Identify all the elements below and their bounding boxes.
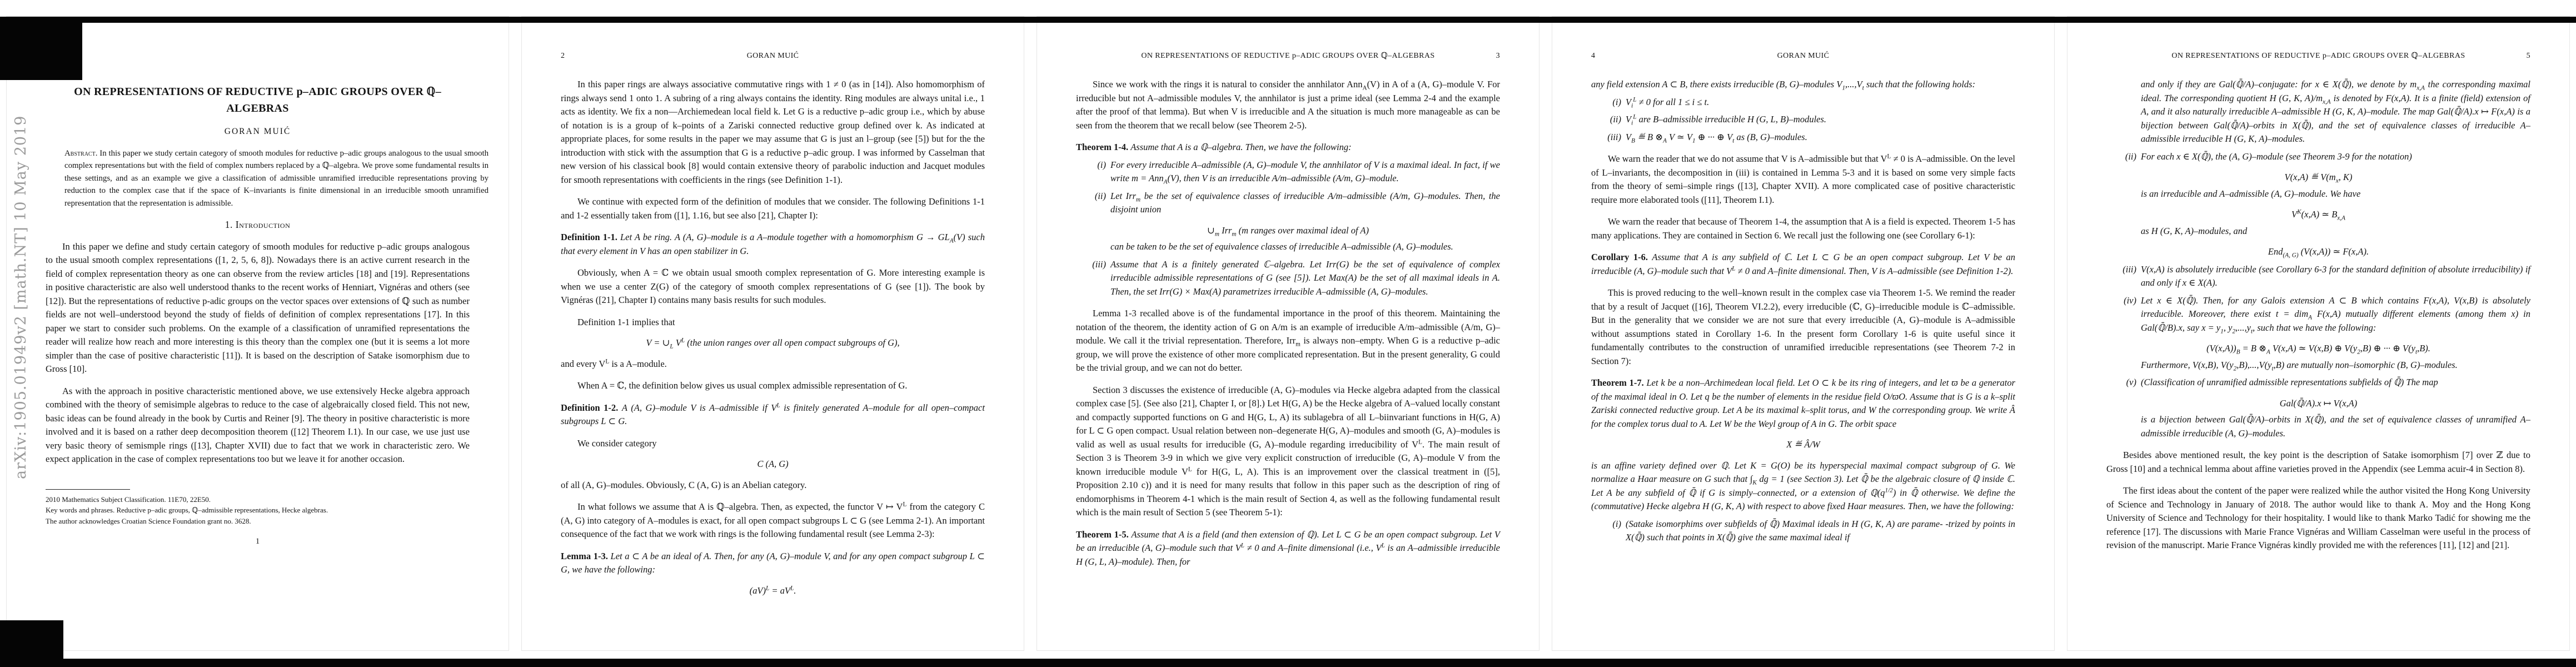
item-label: (ii) bbox=[1082, 190, 1106, 203]
author-name: GORAN MUIĆ bbox=[46, 125, 470, 139]
paragraph: is an affine variety defined over ℚ. Let… bbox=[1591, 459, 2015, 514]
block-label: Corollary 1-6. bbox=[1591, 252, 1652, 262]
item-text: (Satake isomorphims over subfields of ℚ̄… bbox=[1626, 519, 2015, 543]
block-text: Let a ⊂ A be an ideal of A. Then, for an… bbox=[561, 551, 985, 575]
page-body: any field extension A ⊂ B, there exists … bbox=[1591, 78, 2015, 636]
footnote-line: Key words and phrases. Reductive p–adic … bbox=[46, 505, 470, 516]
paragraph: We consider category bbox=[561, 437, 985, 451]
block-text: Assume that A is a ℚ–algebra. Then, we h… bbox=[1130, 142, 1351, 152]
paragraph: Definition 1-1 implies that bbox=[561, 316, 985, 330]
list-item: (iii)VB ≝ B ⊗A V ≃ V1 ⊕ ··· ⊕ Vt as (B, … bbox=[1591, 131, 2015, 145]
block-text: A (A, G)–module V is A–admissible if VL … bbox=[561, 402, 985, 427]
list-item: (ii)Let Irrm be the set of equivalence c… bbox=[1076, 190, 1500, 217]
list-item: (iii)V(x,A) is absolutely irreducible (s… bbox=[2106, 263, 2530, 290]
section-heading: 1. Introduction bbox=[46, 218, 470, 232]
list-item-continuation: is an irreducible and A–admissible (A, G… bbox=[2106, 187, 2530, 201]
pages-row: ON REPRESENTATIONS OF REDUCTIVE p–ADIC G… bbox=[7, 17, 2569, 650]
abstract: Abstract. In this paper we study certain… bbox=[64, 147, 489, 210]
paragraph: We continue with expected form of the de… bbox=[561, 195, 985, 222]
item-text: ViL are B–admissible irreducible H (G, L… bbox=[1626, 114, 1826, 125]
paragraph: We warn the reader that we do not assume… bbox=[1591, 152, 2015, 207]
paragraph: This is proved reducing to the well–know… bbox=[1591, 286, 2015, 368]
page-body: and only if they are Gal(ℚ̄/A)–conjugate… bbox=[2106, 78, 2530, 636]
item-text: Let x ∈ X(ℚ̄). Then, for any Galois exte… bbox=[2141, 295, 2530, 333]
item-label: (ii) bbox=[1597, 113, 1621, 127]
display-math: Gal(ℚ̄/A).x ↦ V(x,A) bbox=[2106, 397, 2530, 411]
page-number-right: 5 bbox=[2512, 51, 2530, 61]
scan-corner-bottom-left bbox=[0, 620, 63, 667]
running-head: 4 GORAN MUIĆ bbox=[1591, 51, 2015, 61]
item-text: (Classification of unramified admissible… bbox=[2141, 377, 2438, 387]
footnotes: 2010 Mathematics Subject Classification.… bbox=[46, 475, 470, 527]
scan-corner-top-left bbox=[0, 17, 82, 80]
display-math: V = ∪L VL (the union ranges over all ope… bbox=[561, 336, 985, 350]
paragraph: Besides above mentioned result, the key … bbox=[2106, 449, 2530, 476]
display-math: VK(x,A) ≃ Bx,A bbox=[2106, 208, 2530, 222]
list-item: (i)For every irreducible A–admissible (A… bbox=[1076, 158, 1500, 186]
paragraph: any field extension A ⊂ B, there exists … bbox=[1591, 78, 2015, 92]
theorem-block: Theorem 1-4. Assume that A is a ℚ–algebr… bbox=[1076, 141, 1500, 155]
list-item-continuation: is a bijection between Gal(ℚ̄/A)–orbits … bbox=[2106, 413, 2530, 440]
display-math: V(x,A) ≝ V(mx, K) bbox=[2106, 171, 2530, 185]
item-label: (i) bbox=[1597, 96, 1621, 109]
footnote-line: 2010 Mathematics Subject Classification.… bbox=[46, 494, 470, 505]
paragraph: The first ideas about the content of the… bbox=[2106, 484, 2530, 552]
item-label: (i) bbox=[1597, 517, 1621, 531]
item-label: (ii) bbox=[2112, 150, 2136, 164]
block-text: In this paper we study certain category … bbox=[64, 149, 489, 208]
display-math: (V(x,A))B = B ⊗A V(x,A) ≃ V(x,B) ⊕ V(y2,… bbox=[2106, 342, 2530, 356]
page-body: Since we work with the rings it is natur… bbox=[1076, 78, 1500, 636]
paragraph: As with the approach in positive charact… bbox=[46, 385, 470, 466]
display-math: End(A, G) (V(x,A)) ≃ F(x,A). bbox=[2106, 245, 2530, 259]
page-body: In this paper rings are always associati… bbox=[561, 78, 985, 636]
item-text: V(x,A) is absolutely irreducible (see Co… bbox=[2141, 264, 2530, 288]
page-1: ON REPRESENTATIONS OF REDUCTIVE p–ADIC G… bbox=[7, 17, 509, 650]
paragraph: Lemma 1-3 recalled above is of the funda… bbox=[1076, 307, 1500, 375]
block-label: Theorem 1-5. bbox=[1076, 529, 1132, 540]
theorem-block: Definition 1-1. Let A be ring. A (A, G)–… bbox=[561, 231, 985, 258]
display-math: (aV)L = aVL. bbox=[561, 584, 985, 598]
theorem-block: Theorem 1-5. Assume that A is a field (a… bbox=[1076, 528, 1500, 569]
paragraph: of all (A, G)–modules. Obviously, C (A, … bbox=[561, 479, 985, 492]
arxiv-watermark: arXiv:1905.01949v2 [math.NT] 10 May 2019 bbox=[12, 116, 29, 479]
item-label: (v) bbox=[2112, 376, 2136, 390]
list-item: (iii)Assume that A is a finitely generat… bbox=[1076, 258, 1500, 299]
block-label: Definition 1-1. bbox=[561, 232, 620, 242]
theorem-block: Theorem 1-7. Let k be a non–Archimedean … bbox=[1591, 376, 2015, 431]
list-item-continuation: as H (G, K, A)–modules, and bbox=[2106, 225, 2530, 238]
paragraph: When A = ℂ, the definition below gives u… bbox=[561, 379, 985, 393]
item-text: For each x ∈ X(ℚ̄), the (A, G)–module (s… bbox=[2141, 151, 2412, 162]
page-number-left: 4 bbox=[1591, 51, 1610, 61]
item-text: ViL ≠ 0 for all 1 ≤ i ≤ t. bbox=[1626, 97, 1709, 107]
paragraph: In this paper rings are always associati… bbox=[561, 78, 985, 187]
running-title: ON REPRESENTATIONS OF REDUCTIVE p–ADIC G… bbox=[1095, 51, 1481, 61]
block-label: Theorem 1-7. bbox=[1591, 377, 1646, 388]
theorem-block: Definition 1-2. A (A, G)–module V is A–a… bbox=[561, 401, 985, 429]
page-2: 2 GORAN MUIĆ In this paper rings are alw… bbox=[522, 17, 1024, 650]
list-item: (ii)For each x ∈ X(ℚ̄), the (A, G)–modul… bbox=[2106, 150, 2530, 164]
page-number-left: 2 bbox=[561, 51, 580, 61]
paragraph: Since we work with the rings it is natur… bbox=[1076, 78, 1500, 132]
block-text: Assume that A is a field (and then exten… bbox=[1076, 529, 1500, 567]
item-label: (i) bbox=[1082, 158, 1106, 172]
item-label: (iii) bbox=[2112, 263, 2136, 277]
block-text: Let k be a non–Archimedean local field. … bbox=[1591, 377, 2015, 429]
running-title: ON REPRESENTATIONS OF REDUCTIVE p–ADIC G… bbox=[2125, 51, 2512, 61]
block-label: Definition 1-2. bbox=[561, 402, 622, 413]
block-label: Theorem 1-4. bbox=[1076, 142, 1130, 152]
item-label: (iii) bbox=[1082, 258, 1106, 272]
display-math: C (A, G) bbox=[561, 457, 985, 471]
item-label: (iii) bbox=[1597, 131, 1621, 145]
scan-edge-top bbox=[0, 17, 2576, 23]
paragraph: We warn the reader that because of Theor… bbox=[1591, 215, 2015, 242]
running-head: 2 GORAN MUIĆ bbox=[561, 51, 985, 61]
item-text: For every irreducible A–admissible (A, G… bbox=[1110, 160, 1500, 184]
page-number-right: 3 bbox=[1481, 51, 1500, 61]
paragraph: In what follows we assume that A is ℚ–al… bbox=[561, 500, 985, 541]
page-3: ON REPRESENTATIONS OF REDUCTIVE p–ADIC G… bbox=[1037, 17, 1539, 650]
running-head: ON REPRESENTATIONS OF REDUCTIVE p–ADIC G… bbox=[1076, 51, 1500, 61]
list-item: (i)(Satake isomorphims over subfields of… bbox=[1591, 517, 2015, 545]
paragraph: Section 3 discusses the existence of irr… bbox=[1076, 384, 1500, 520]
block-label: Lemma 1-3. bbox=[561, 551, 611, 561]
page-5: ON REPRESENTATIONS OF REDUCTIVE p–ADIC G… bbox=[2067, 17, 2569, 650]
page-body: ON REPRESENTATIONS OF REDUCTIVE p–ADIC G… bbox=[46, 51, 470, 636]
paper-canvas: { "watermark": {"text": "arXiv:1905.0194… bbox=[0, 0, 2576, 667]
paragraph: and every VL is a A–module. bbox=[561, 357, 985, 371]
item-label: (iv) bbox=[2112, 294, 2136, 308]
display-math: X ≝ Â/W bbox=[1591, 438, 2015, 452]
paragraph: In this paper we define and study certai… bbox=[46, 240, 470, 376]
list-item-continuation: can be taken to be the set of equivalenc… bbox=[1076, 240, 1500, 254]
list-item: (ii)ViL are B–admissible irreducible H (… bbox=[1591, 113, 2015, 127]
list-item-continuation: and only if they are Gal(ℚ̄/A)–conjugate… bbox=[2106, 78, 2530, 146]
item-text: VB ≝ B ⊗A V ≃ V1 ⊕ ··· ⊕ Vt as (B, G)–mo… bbox=[1626, 132, 1807, 142]
list-item-continuation: Furthermore, V(x,B), V(y2,B),...,V(yt,B)… bbox=[2106, 359, 2530, 372]
paragraph: Obviously, when A = ℂ we obtain usual sm… bbox=[561, 266, 985, 307]
block-label: Abstract. bbox=[64, 149, 99, 158]
list-item: (v)(Classification of unramified admissi… bbox=[2106, 376, 2530, 390]
footnote-line: The author acknowledges Croatian Science… bbox=[46, 516, 470, 527]
running-title: GORAN MUIĆ bbox=[580, 51, 966, 61]
block-text: Let A be ring. A (A, G)–module is a A–mo… bbox=[561, 232, 985, 256]
theorem-block: Lemma 1-3. Let a ⊂ A be an ideal of A. T… bbox=[561, 550, 985, 577]
paper-title: ON REPRESENTATIONS OF REDUCTIVE p–ADIC G… bbox=[72, 83, 444, 117]
page-4: 4 GORAN MUIĆ any field extension A ⊂ B, … bbox=[1552, 17, 2054, 650]
list-item: (iv)Let x ∈ X(ℚ̄). Then, for any Galois … bbox=[2106, 294, 2530, 335]
running-title: GORAN MUIĆ bbox=[1610, 51, 1996, 61]
item-text: Assume that A is a finitely generated ℂ–… bbox=[1110, 259, 1500, 297]
item-text: Let Irrm be the set of equivalence class… bbox=[1110, 191, 1500, 215]
block-text: Assume that A is any subfield of ℂ. Let … bbox=[1591, 252, 2015, 276]
page-number: 1 bbox=[46, 535, 470, 549]
theorem-block: Corollary 1-6. Assume that A is any subf… bbox=[1591, 251, 2015, 278]
running-head: ON REPRESENTATIONS OF REDUCTIVE p–ADIC G… bbox=[2106, 51, 2530, 61]
scan-edge-bottom bbox=[0, 659, 2576, 667]
list-item: (i)ViL ≠ 0 for all 1 ≤ i ≤ t. bbox=[1591, 96, 2015, 109]
display-math: ∪m Irrm (m ranges over maximal ideal of … bbox=[1076, 224, 1500, 238]
